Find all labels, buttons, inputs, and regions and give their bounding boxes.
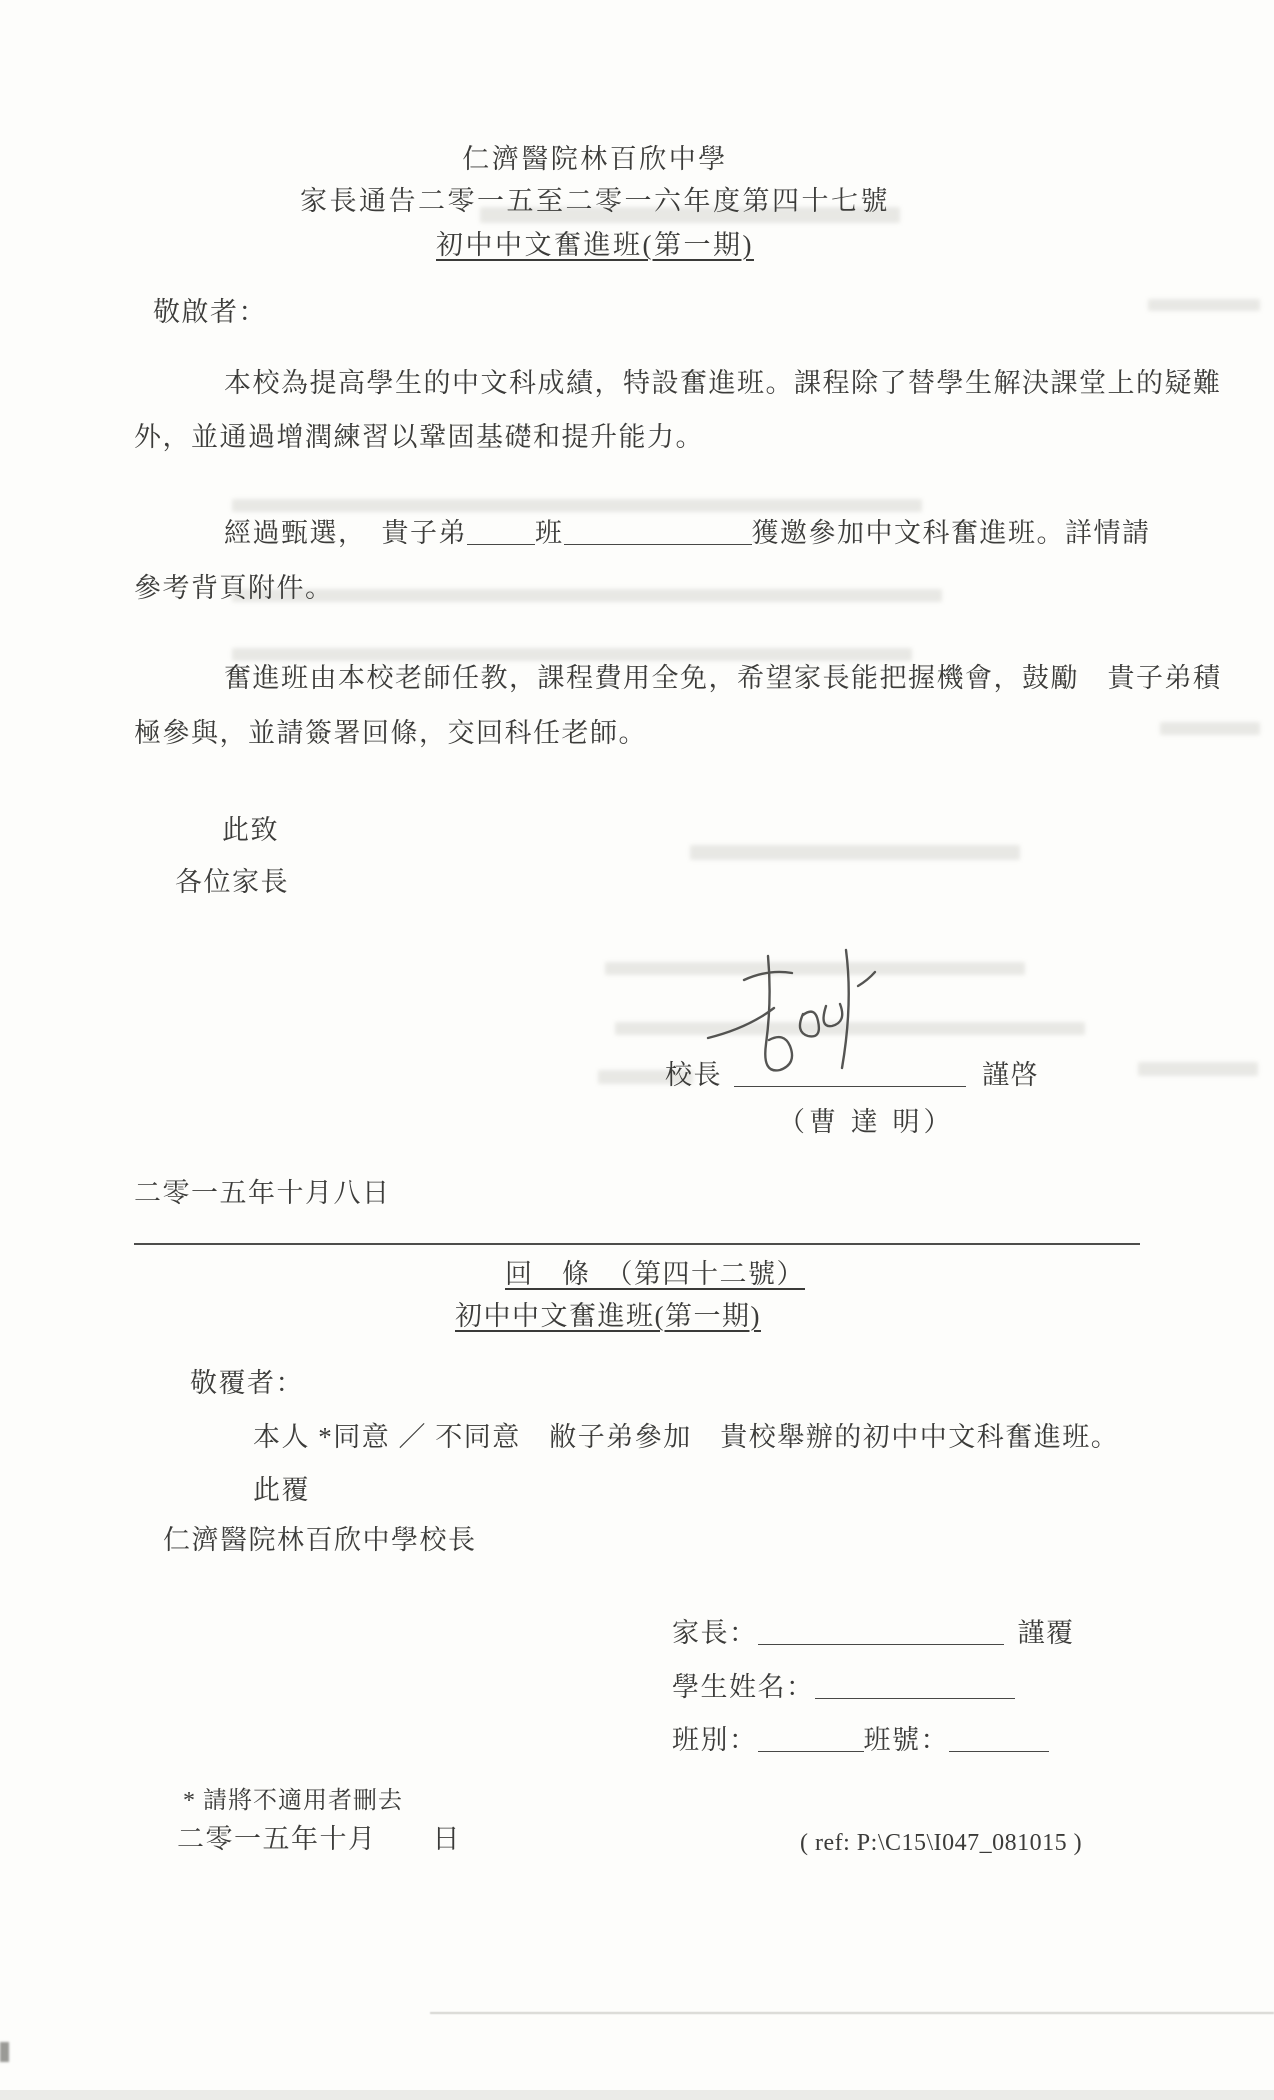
notice-subject: 初中中文奮進班(第一期) — [0, 228, 1190, 262]
bleed-through-artifact — [1160, 722, 1260, 735]
reply-slip-title: 回 條 （第四十二號） — [505, 1257, 805, 1291]
class-line — [758, 1725, 864, 1752]
scan-artifact-corner — [0, 2042, 9, 2062]
bleed-through-artifact — [232, 589, 942, 602]
consent-line: 本人 *同意 ／ 不同意 敝子弟參加 貴校舉辦的初中中文科奮進班。 — [253, 1420, 1119, 1454]
class-row: 班別：班號： — [672, 1723, 1049, 1757]
para2-prefix: 經過甄選， 貴子弟 — [224, 518, 467, 548]
paragraph1-line2: 外，並通過增潤練習以鞏固基礎和提升能力。 — [134, 420, 704, 454]
class-blank-line — [467, 518, 535, 545]
notice-subject-text: 初中中文奮進班(第一期) — [436, 230, 754, 260]
reply-date-day: 日 — [433, 1824, 462, 1854]
principal-label: 校長 — [665, 1060, 722, 1090]
principal-signature-line — [734, 1060, 966, 1087]
principal-signoff: 謹啓 — [982, 1060, 1039, 1090]
school-name-text: 仁濟醫院林百欣中學 — [462, 144, 728, 174]
bleed-through-artifact — [1138, 1062, 1258, 1076]
principal-name: （曹 達 明） — [778, 1105, 955, 1139]
scanned-document-page: 仁濟醫院林百欣中學 家長通告二零一五至二零一六年度第四十七號 初中中文奮進班(第… — [0, 0, 1274, 2100]
reply-cifu: 此覆 — [253, 1473, 310, 1507]
student-name-label: 學生姓名： — [672, 1672, 815, 1702]
bleed-through-artifact — [232, 648, 912, 661]
salutation: 敬啟者： — [153, 295, 267, 329]
reply-date-prefix: 二零一五年十月 — [177, 1824, 377, 1854]
name-blank-line — [564, 518, 752, 545]
notice-number-line: 家長通告二零一五至二零一六年度第四十七號 — [0, 184, 1190, 218]
student-name-row: 學生姓名： — [672, 1670, 1015, 1704]
paragraph1-line1: 本校為提高學生的中文科成績，特設奮進班。課程除了替學生解決課堂上的疑難 — [224, 366, 1222, 400]
reply-slip-subtitle-text: 初中中文奮進班(第一期) — [455, 1301, 761, 1331]
class-number-label: 班號： — [864, 1725, 950, 1755]
reply-slip-subtitle: 初中中文奮進班(第一期) — [455, 1299, 761, 1333]
notice-number-text: 家長通告二零一五至二零一六年度第四十七號 — [300, 186, 890, 216]
class-number-line — [949, 1725, 1049, 1752]
reply-slip-title-text: 回 條 （第四十二號） — [505, 1259, 805, 1289]
notice-date: 二零一五年十月八日 — [134, 1176, 391, 1210]
paragraph3-line1: 奮進班由本校老師任教，課程費用全免，希望家長能把握機會，鼓勵 貴子弟積 — [224, 661, 1222, 695]
footnote: * 請將不適用者刪去 — [183, 1784, 403, 1818]
school-name: 仁濟醫院林百欣中學 — [0, 142, 1190, 176]
parent-signature-line — [758, 1618, 1004, 1645]
bleed-through-artifact — [1148, 299, 1260, 311]
closing-recipients: 各位家長 — [175, 865, 289, 899]
student-name-line — [815, 1672, 1015, 1699]
reply-date-row: 二零一五年十月日 — [177, 1822, 461, 1856]
bleed-through-artifact — [690, 845, 1020, 860]
scan-edge-shadow — [0, 2090, 1274, 2100]
class-label: 班別： — [672, 1725, 758, 1755]
closing-cizhi: 此致 — [222, 813, 279, 847]
para2-suffix: 獲邀參加中文科奮進班。詳情請 — [752, 518, 1151, 548]
reply-salutation: 敬覆者： — [190, 1366, 304, 1400]
paragraph2-line1: 經過甄選， 貴子弟班獲邀參加中文科奮進班。詳情請 — [224, 516, 1151, 550]
reply-addressee: 仁濟醫院林百欣中學校長 — [163, 1523, 477, 1557]
principal-sign-line: 校長謹啓 — [665, 1058, 1039, 1092]
parent-sign-row: 家長：謹覆 — [672, 1616, 1075, 1650]
parent-label: 家長： — [672, 1618, 758, 1648]
section-divider — [134, 1243, 1140, 1245]
bleed-through-artifact — [232, 499, 922, 512]
paragraph2-line2: 參考背頁附件。 — [134, 571, 334, 605]
parent-signoff: 謹覆 — [1018, 1618, 1075, 1648]
para2-mid: 班 — [535, 518, 564, 548]
paragraph3-line2: 極參與，並請簽署回條，交回科任老師。 — [134, 716, 647, 750]
scan-artifact-line — [430, 2012, 1274, 2014]
file-reference: ( ref: P:\C15\I047_081015 ) — [800, 1826, 1082, 1860]
